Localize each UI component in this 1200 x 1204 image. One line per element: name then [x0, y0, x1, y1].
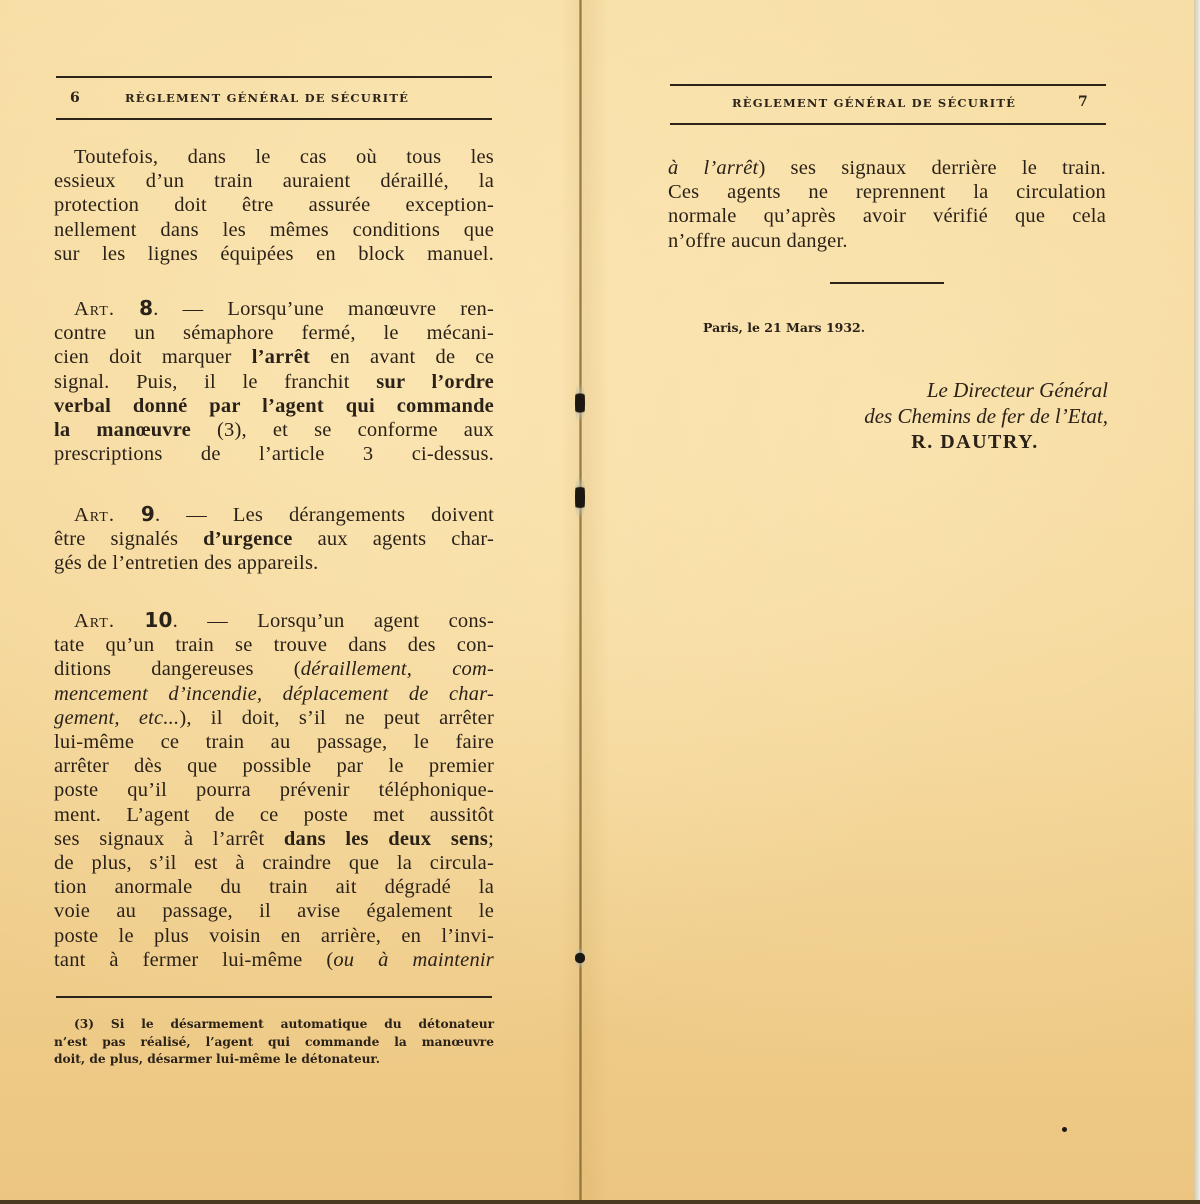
footnote-line: n’est pas réalisé, l’agent qui commande … — [54, 1034, 494, 1052]
text-line: nellement dans les mêmes conditions que — [54, 218, 494, 242]
article-heading-line: Art. 10. — Lorsqu’un agent cons- — [54, 608, 494, 633]
text-line: être signalés d’urgence aux agents char- — [54, 527, 494, 551]
text-line: verbal donné par l’agent qui commande — [54, 394, 494, 418]
article-label: Art. — [74, 610, 115, 632]
header-rule-bottom — [670, 123, 1106, 125]
text-line: prescriptions de l’article 3 ci-dessus. — [54, 442, 494, 466]
text-line: contre un sémaphore fermé, le mécani- — [54, 321, 494, 345]
page-edge-bottom — [0, 1200, 1200, 1204]
page-edge-right — [1194, 0, 1200, 1204]
article-number: 10 — [144, 608, 172, 632]
text-line: gement, etc...), il doit, s’il ne peut a… — [54, 706, 494, 730]
article-8: Art. 8. — Lorsqu’une manœuvre ren- contr… — [54, 296, 494, 466]
ink-speck — [1062, 1127, 1067, 1132]
article-number: 8 — [139, 296, 153, 320]
footnote-line: (3) Si le désarmement automatique du dét… — [54, 1016, 494, 1034]
footnote-line: doit, de plus, désarmer lui-même le déto… — [54, 1051, 494, 1069]
text-line: tate qu’un train se trouve dans des con- — [54, 633, 494, 657]
signature-title-line1: Le Directeur Général — [782, 377, 1108, 403]
text-line: Ces agents ne reprennent la circulation — [668, 180, 1106, 204]
text-line: mencement d’incendie, déplacement de cha… — [54, 682, 494, 706]
text-line: essieux d’un train auraient déraillé, la — [54, 169, 494, 193]
book-spread: 6 RÈGLEMENT GÉNÉRAL DE SÉCURITÉ Toutefoi… — [0, 0, 1200, 1204]
text-line: tion anormale du train ait dégradé la — [54, 875, 494, 899]
text-line: ditions dangereuses (déraillement, com- — [54, 657, 494, 681]
text-line: gés de l’entretien des appareils. — [54, 551, 494, 575]
date-line: Paris, le 21 Mars 1932. — [703, 320, 865, 335]
article-label: Art. — [74, 504, 115, 526]
page-number: 7 — [1078, 94, 1088, 110]
article-number: 9 — [141, 502, 155, 526]
article-label: Art. — [74, 298, 115, 320]
article-heading-line: Art. 9. — Les dérangements doivent — [54, 502, 494, 527]
text-line: poste le plus voisin en arrière, en l’in… — [54, 924, 494, 948]
text-line: normale qu’après avoir vérifié que cela — [668, 204, 1106, 228]
text-line: ses signaux à l’arrêt dans les deux sens… — [54, 827, 494, 851]
text-line: ment. L’agent de ce poste met aussitôt — [54, 803, 494, 827]
text-line: arrêter dès que possible par le premier — [54, 754, 494, 778]
text-line: à l’arrêt) ses signaux derrière le train… — [668, 156, 1106, 180]
closing-rule — [830, 282, 944, 284]
text-line: lui-même ce train au passage, le faire — [54, 730, 494, 754]
text-line: tant à fermer lui-même (ou à maintenir — [54, 948, 494, 972]
continuation-paragraph: à l’arrêt) ses signaux derrière le train… — [668, 156, 1106, 253]
header-rule-bottom — [56, 118, 492, 120]
article-heading-line: Art. 8. — Lorsqu’une manœuvre ren- — [54, 296, 494, 321]
signature-block: Le Directeur Général des Chemins de fer … — [782, 377, 1108, 455]
page-number: 6 — [70, 90, 80, 106]
text-line: signal. Puis, il le franchit sur l’ordre — [54, 370, 494, 394]
header-rule-top — [670, 84, 1106, 86]
left-page: 6 RÈGLEMENT GÉNÉRAL DE SÉCURITÉ Toutefoi… — [0, 0, 580, 1200]
running-head: RÈGLEMENT GÉNÉRAL DE SÉCURITÉ — [125, 91, 409, 105]
article-10: Art. 10. — Lorsqu’un agent cons- tate qu… — [54, 608, 494, 972]
text-line: Toutefois, dans le cas où tous les — [54, 145, 494, 169]
text-line: n’offre aucun danger. — [668, 229, 1106, 253]
text-line: de plus, s’il est à craindre que la circ… — [54, 851, 494, 875]
text-line: voie au passage, il avise également le — [54, 899, 494, 923]
intro-paragraph: Toutefois, dans le cas où tous les essie… — [54, 145, 494, 266]
text-line: cien doit marquer l’arrêt en avant de ce — [54, 345, 494, 369]
footnote: (3) Si le désarmement automatique du dét… — [54, 1016, 494, 1069]
header-rule-top — [56, 76, 492, 78]
right-page: RÈGLEMENT GÉNÉRAL DE SÉCURITÉ 7 à l’arrê… — [582, 0, 1194, 1200]
signatory-name: R. DAUTRY. — [782, 429, 1108, 455]
text-line: sur les lignes équipées en block manuel. — [54, 242, 494, 266]
running-head: RÈGLEMENT GÉNÉRAL DE SÉCURITÉ — [732, 96, 1016, 110]
article-9: Art. 9. — Les dérangements doivent être … — [54, 502, 494, 576]
footnote-rule — [56, 996, 492, 998]
text-line: poste qu’il pourra prévenir téléphonique… — [54, 778, 494, 802]
text-line: protection doit être assurée exception- — [54, 193, 494, 217]
signature-title-line2: des Chemins de fer de l’Etat, — [782, 403, 1108, 429]
text-line: la manœuvre (3), et se conforme aux — [54, 418, 494, 442]
